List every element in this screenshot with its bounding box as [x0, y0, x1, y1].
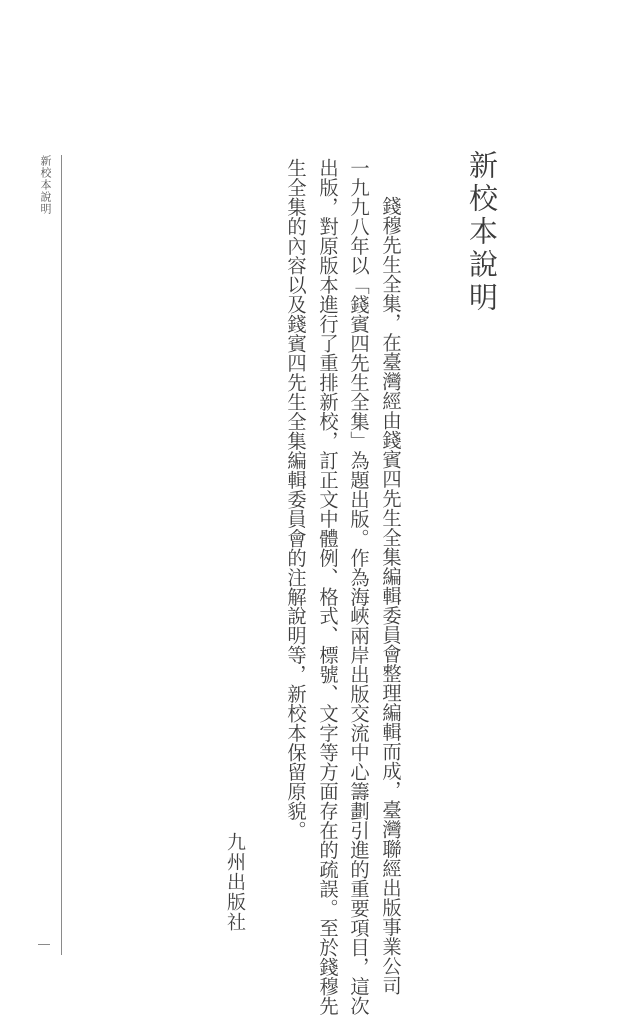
body-column-1: 錢穆先生全集，在臺灣經由錢賓四先生全集編輯委員會整理編輯而成，臺灣聯經出版事業公…: [376, 196, 404, 995]
running-head: 新校本說明: [37, 155, 53, 215]
body-column-3: 出版，對原版本進行了重排新校，訂正文中體例、格式、標號、文字等方面存在的疏誤。至…: [313, 158, 341, 1016]
publisher-name: 九州出版社: [222, 832, 249, 932]
page-title: 新校本說明: [462, 150, 503, 315]
body-column-2: 一九九八年以「錢賓四先生全集」為題出版。作為海峽兩岸出版交流中心籌劃引進的重要項…: [344, 158, 372, 1016]
body-column-4: 生全集的內容以及錢賓四先生全集編輯委員會的注解說明等，新校本保留原貌。: [281, 158, 309, 840]
book-page: 新校本說明 新校本說明 錢穆先生全集，在臺灣經由錢賓四先生全集編輯委員會整理編輯…: [0, 0, 636, 1024]
page-number: [38, 944, 50, 945]
margin-rule: [61, 155, 62, 955]
